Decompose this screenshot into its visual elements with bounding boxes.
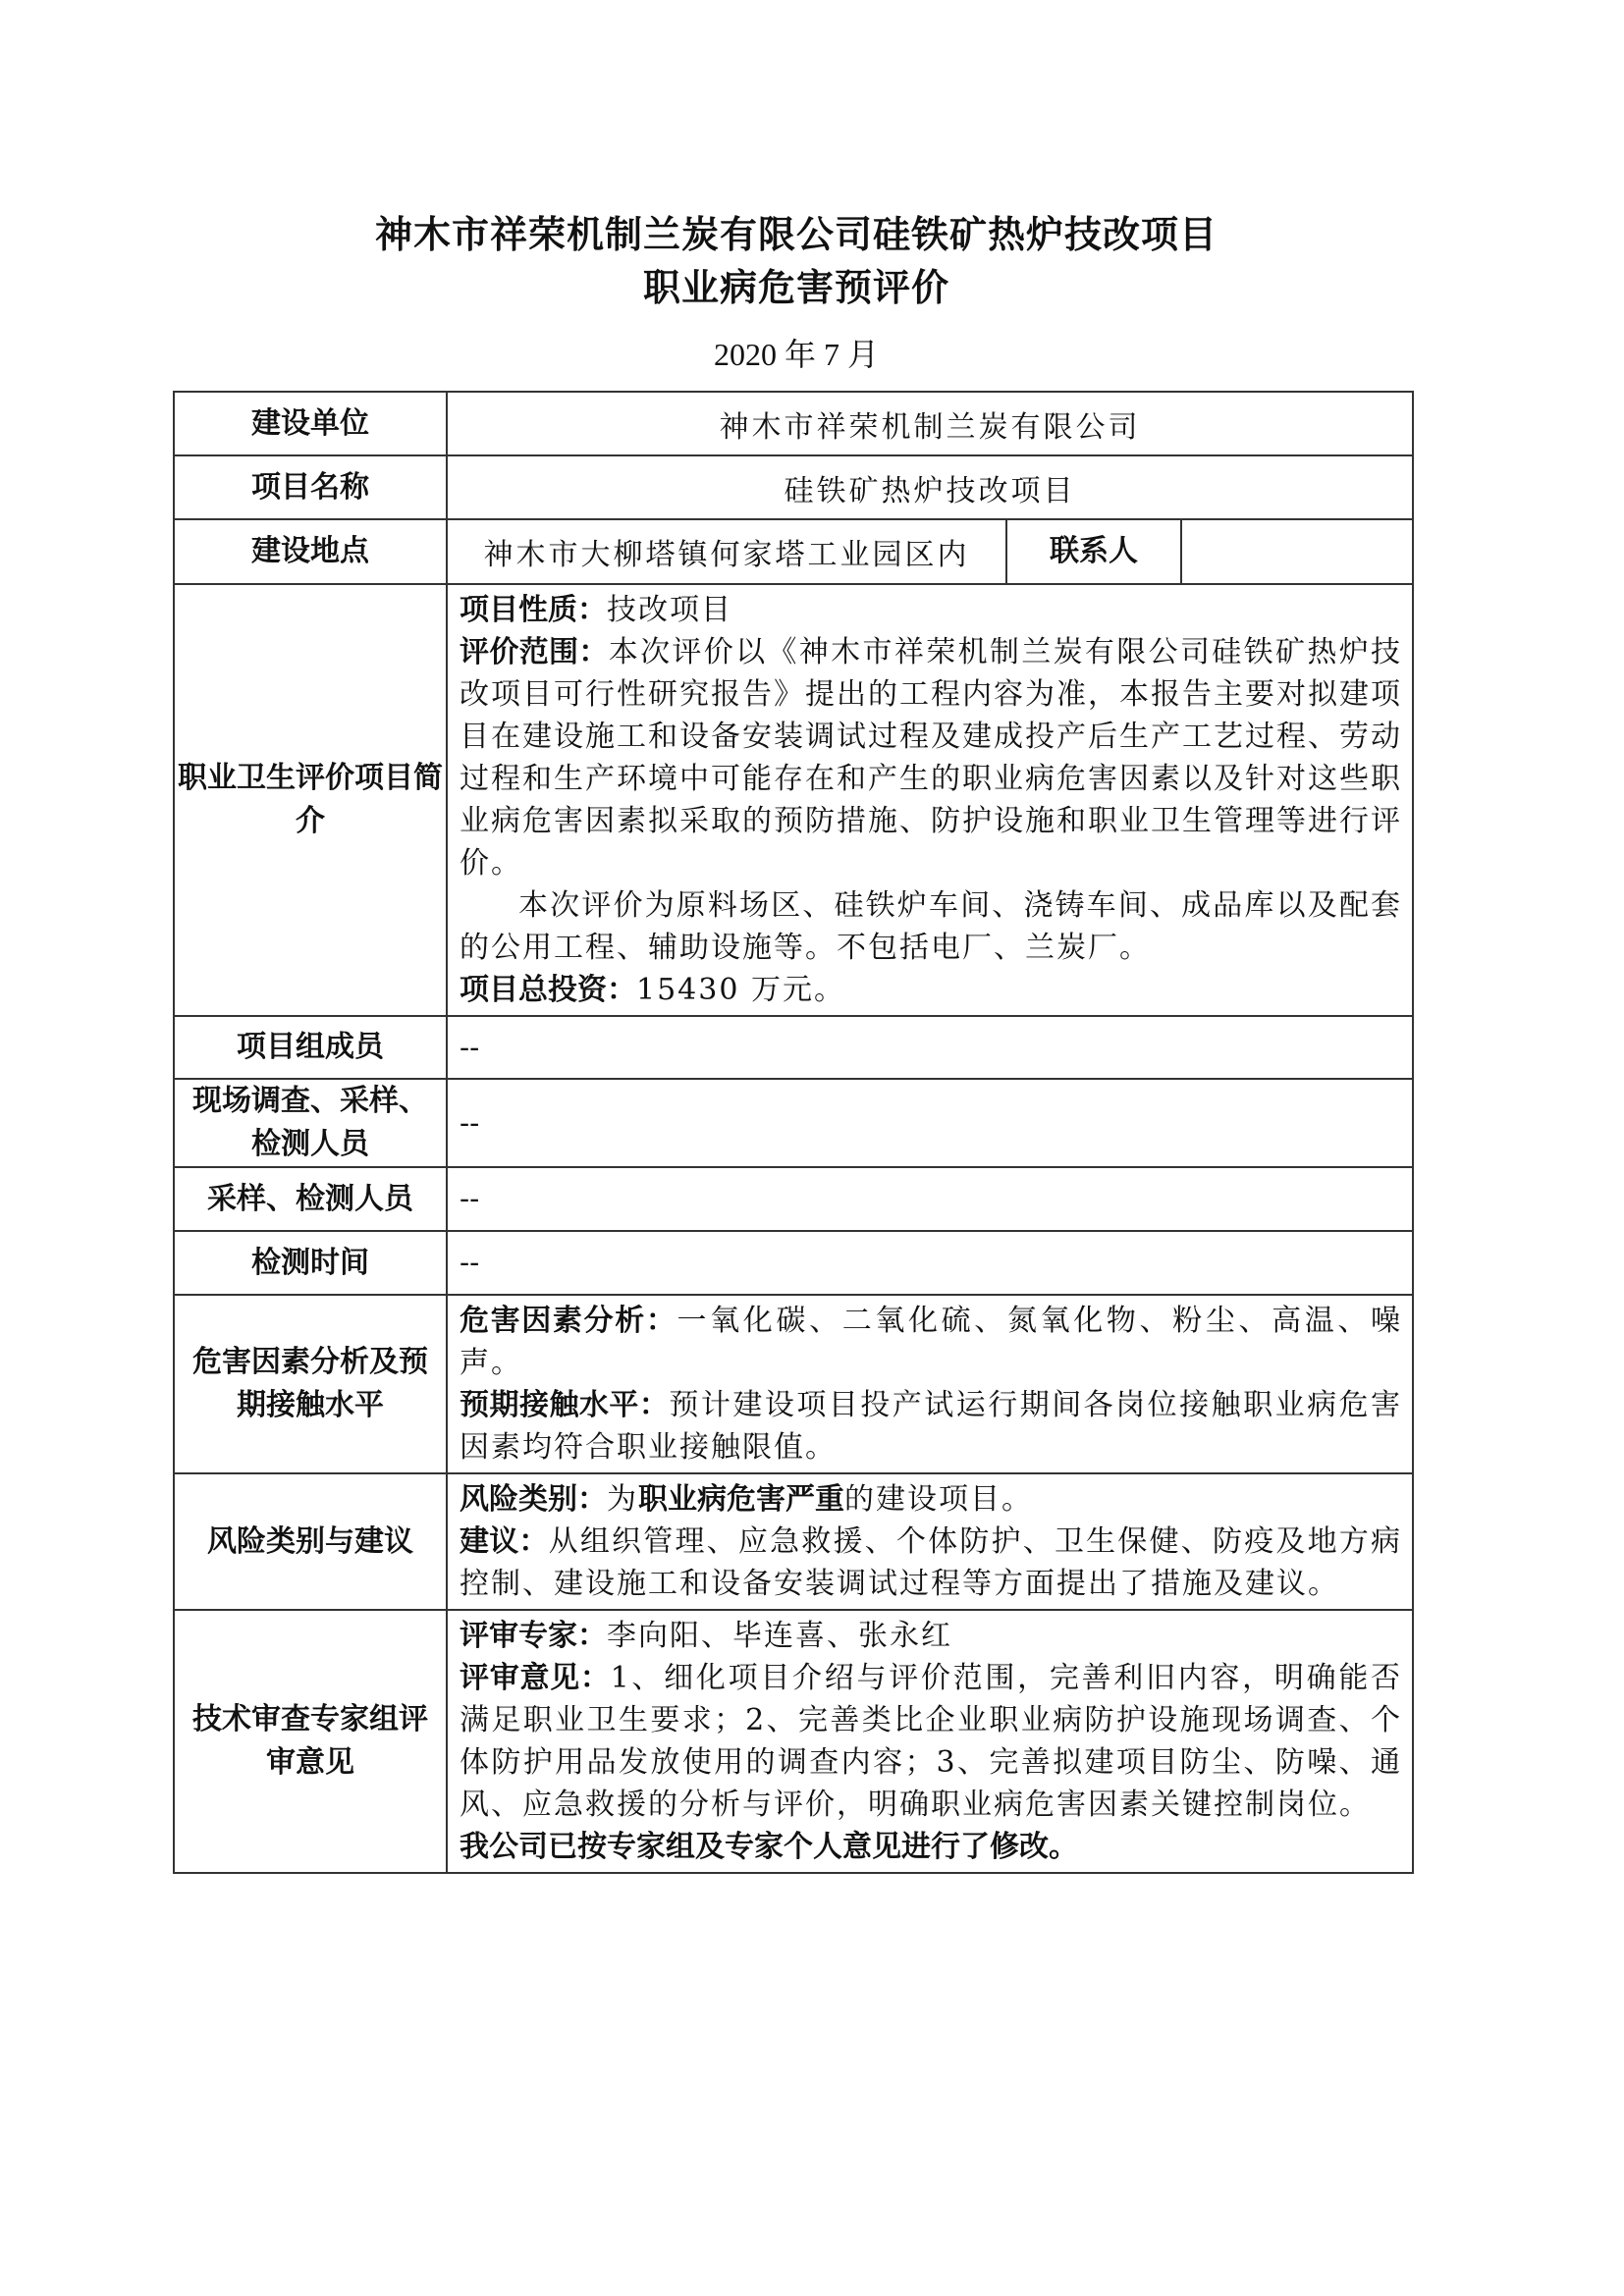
value-contact-person: [1181, 519, 1413, 584]
row-expert-review: 技术审查专家组评审意见 评审专家：李向阳、毕连喜、张永红 评审意见：1、细化项目…: [174, 1610, 1413, 1873]
hazard-factors: 危害因素分析：一氧化碳、二氧化硫、氮氧化物、粉尘、高温、噪声。: [460, 1300, 1402, 1384]
project-nature: 项目性质：技改项目: [460, 589, 1402, 631]
label-field-survey-staff: 现场调查、采样、检测人员: [174, 1079, 447, 1167]
risk-category-prefix: 为: [607, 1482, 638, 1517]
value-project-intro: 项目性质：技改项目 评价范围：本次评价以《神木市祥荣机制兰炭有限公司硅铁矿热炉技…: [447, 584, 1413, 1016]
label-construction-unit: 建设单位: [174, 392, 447, 455]
document-title-line2: 职业病危害预评价: [0, 257, 1593, 311]
review-experts-value: 李向阳、毕连喜、张永红: [607, 1619, 952, 1653]
label-project-intro-text: 职业卫生评价项目简介: [178, 761, 443, 838]
row-construction-unit: 建设单位 神木市祥荣机制兰炭有限公司: [174, 392, 1413, 455]
value-project-name: 硅铁矿热炉技改项目: [447, 455, 1413, 519]
evaluation-scope-para2: 本次评价为原料场区、硅铁炉车间、浇铸车间、成品库以及配套的公用工程、辅助设施等。…: [460, 884, 1402, 969]
row-sampling-staff: 采样、检测人员 --: [174, 1167, 1413, 1231]
evaluation-scope-value: 本次评价以《神木市祥荣机制兰炭有限公司硅铁矿热炉技改项目可行性研究报告》提出的工…: [460, 635, 1402, 881]
label-team-members: 项目组成员: [174, 1016, 447, 1079]
risk-category-suffix: 的建设项目。: [844, 1482, 1033, 1517]
label-testing-time: 检测时间: [174, 1231, 447, 1295]
review-experts: 评审专家：李向阳、毕连喜、张永红: [460, 1615, 1402, 1657]
total-investment-value: 15430 万元。: [636, 973, 845, 1007]
evaluation-scope-key: 评价范围：: [460, 635, 609, 669]
label-expert-review: 技术审查专家组评审意见: [174, 1610, 447, 1873]
row-project-name: 项目名称 硅铁矿热炉技改项目: [174, 455, 1413, 519]
risk-advice: 建议：从组织管理、应急救援、个体防护、卫生保健、防疫及地方病控制、建设施工和设备…: [460, 1521, 1402, 1605]
row-team-members: 项目组成员 --: [174, 1016, 1413, 1079]
risk-category-emphasis: 职业病危害严重: [638, 1482, 844, 1517]
label-sampling-staff: 采样、检测人员: [174, 1167, 447, 1231]
document-date: 2020 年 7 月: [0, 330, 1593, 375]
document-title-line1: 神木市祥荣机制兰炭有限公司硅铁矿热炉技改项目: [0, 204, 1593, 258]
label-construction-site: 建设地点: [174, 519, 447, 584]
project-nature-value: 技改项目: [607, 593, 732, 627]
row-field-survey-staff: 现场调查、采样、检测人员 --: [174, 1079, 1413, 1167]
label-hazard-analysis: 危害因素分析及预期接触水平: [174, 1295, 447, 1473]
value-sampling-staff: --: [447, 1167, 1413, 1231]
value-risk: 风险类别：为职业病危害严重的建设项目。 建议：从组织管理、应急救援、个体防护、卫…: [447, 1473, 1413, 1610]
value-team-members: --: [447, 1016, 1413, 1079]
risk-advice-value: 从组织管理、应急救援、个体防护、卫生保健、防疫及地方病控制、建设施工和设备安装调…: [460, 1524, 1402, 1601]
hazard-factors-key: 危害因素分析：: [460, 1304, 677, 1338]
total-investment-key: 项目总投资：: [460, 973, 636, 1007]
expected-exposure-key: 预期接触水平：: [460, 1388, 669, 1422]
evaluation-summary-table: 建设单位 神木市祥荣机制兰炭有限公司 项目名称 硅铁矿热炉技改项目 建设地点 神…: [173, 391, 1414, 1874]
value-testing-time: --: [447, 1231, 1413, 1295]
label-risk: 风险类别与建议: [174, 1473, 447, 1610]
row-hazard-analysis: 危害因素分析及预期接触水平 危害因素分析：一氧化碳、二氧化硫、氮氧化物、粉尘、高…: [174, 1295, 1413, 1473]
project-nature-key: 项目性质：: [460, 593, 607, 627]
label-contact-person: 联系人: [1006, 519, 1181, 584]
row-testing-time: 检测时间 --: [174, 1231, 1413, 1295]
row-construction-site: 建设地点 神木市大柳塔镇何家塔工业园区内 联系人: [174, 519, 1413, 584]
row-risk: 风险类别与建议 风险类别：为职业病危害严重的建设项目。 建议：从组织管理、应急救…: [174, 1473, 1413, 1610]
revision-note: 我公司已按专家组及专家个人意见进行了修改。: [460, 1826, 1402, 1868]
total-investment: 项目总投资：15430 万元。: [460, 969, 1402, 1011]
label-project-intro: 职业卫生评价项目简介: [174, 584, 447, 1016]
value-construction-site: 神木市大柳塔镇何家塔工业园区内: [447, 519, 1006, 584]
risk-category: 风险类别：为职业病危害严重的建设项目。: [460, 1478, 1402, 1521]
value-hazard-analysis: 危害因素分析：一氧化碳、二氧化硫、氮氧化物、粉尘、高温、噪声。 预期接触水平：预…: [447, 1295, 1413, 1473]
expected-exposure: 预期接触水平：预计建设项目投产试运行期间各岗位接触职业病危害因素均符合职业接触限…: [460, 1384, 1402, 1468]
risk-category-key: 风险类别：: [460, 1482, 607, 1517]
review-opinion: 评审意见：1、细化项目介绍与评价范围，完善利旧内容，明确能否满足职业卫生要求；2…: [460, 1657, 1402, 1826]
row-project-intro: 职业卫生评价项目简介 项目性质：技改项目 评价范围：本次评价以《神木市祥荣机制兰…: [174, 584, 1413, 1016]
value-expert-review: 评审专家：李向阳、毕连喜、张永红 评审意见：1、细化项目介绍与评价范围，完善利旧…: [447, 1610, 1413, 1873]
evaluation-scope: 评价范围：本次评价以《神木市祥荣机制兰炭有限公司硅铁矿热炉技改项目可行性研究报告…: [460, 631, 1402, 884]
review-experts-key: 评审专家：: [460, 1619, 607, 1653]
label-project-name: 项目名称: [174, 455, 447, 519]
value-construction-unit: 神木市祥荣机制兰炭有限公司: [447, 392, 1413, 455]
value-field-survey-staff: --: [447, 1079, 1413, 1167]
risk-advice-key: 建议：: [460, 1524, 549, 1559]
review-opinion-key: 评审意见：: [460, 1661, 611, 1695]
